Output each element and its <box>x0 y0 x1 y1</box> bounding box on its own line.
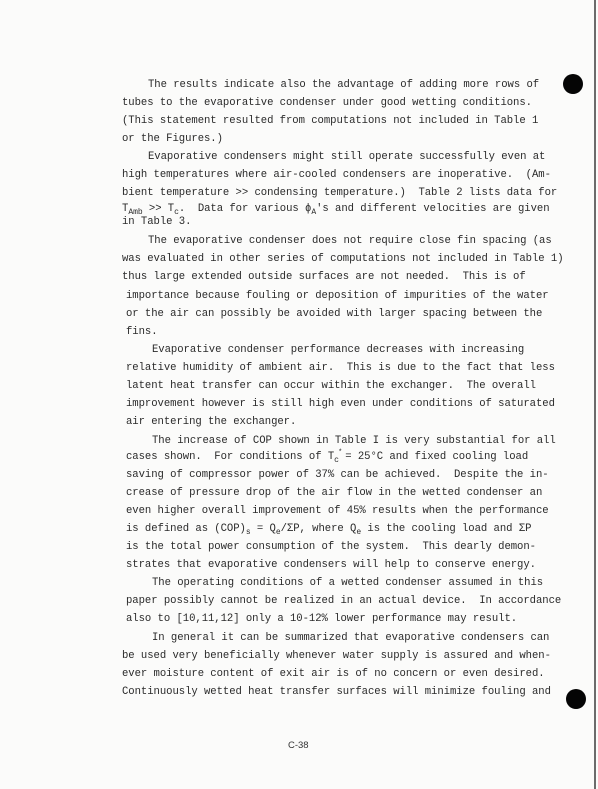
superscript-star: * <box>338 447 342 459</box>
punch-hole-bottom <box>566 689 586 709</box>
text-line: tubes to the evaporative condenser under… <box>122 97 532 109</box>
text: 's and different velocities are given <box>316 203 549 215</box>
text-line: in Table 3. <box>122 216 191 228</box>
text: cases shown. For conditions of T <box>126 451 334 463</box>
text-line: The evaporative condenser does not requi… <box>148 235 552 247</box>
text-line: improvement however is still high even u… <box>126 398 555 410</box>
page-number: C-38 <box>288 740 309 751</box>
text-line: importance because fouling or deposition… <box>126 290 549 302</box>
text-line: In general it can be summarized that eva… <box>152 632 549 644</box>
text-line: paper possibly cannot be realized in an … <box>126 595 561 607</box>
text-line: The increase of COP shown in Table I is … <box>152 435 556 447</box>
text-line: is the total power consumption of the sy… <box>126 541 536 553</box>
text-line: strates that evaporative condensers will… <box>126 559 536 571</box>
text-line-formula: cases shown. For conditions of T*c = 25°… <box>126 451 528 463</box>
text-line: also to [10,11,12] only a 10-12% lower p… <box>126 613 517 625</box>
text-line: saving of compressor power of 37% can be… <box>126 469 549 481</box>
text-line: or the Figures.) <box>122 133 223 145</box>
text-line: be used very beneficially whenever water… <box>122 650 551 662</box>
text-line: The results indicate also the advantage … <box>148 79 539 91</box>
text: = 25°C and fixed cooling load <box>339 451 528 463</box>
text-line: bient temperature >> condensing temperat… <box>122 187 557 199</box>
text-line: was evaluated in other series of computa… <box>122 253 564 265</box>
text-line: latent heat transfer can occur within th… <box>126 380 536 392</box>
text: >> T <box>143 203 175 215</box>
text: = Q <box>251 523 276 535</box>
text: /ΣP, where Q <box>281 523 357 535</box>
text-line: even higher overall improvement of 45% r… <box>126 505 549 517</box>
text-line: relative humidity of ambient air. This i… <box>126 362 555 374</box>
text-line: ever moisture content of exit air is of … <box>122 668 545 680</box>
text: . Data for various ϕ <box>179 203 311 215</box>
text-line: air entering the exchanger. <box>126 416 296 428</box>
text-line: The operating conditions of a wetted con… <box>152 577 543 589</box>
text: is the cooling load and ΣP <box>361 523 531 535</box>
text-line: or the air can possibly be avoided with … <box>126 308 542 320</box>
punch-hole-top <box>563 74 583 94</box>
text-line: (This statement resulted from computatio… <box>122 115 538 127</box>
text-line: Evaporative condensers might still opera… <box>148 151 545 163</box>
text-line: high temperatures where air-cooled conde… <box>122 169 551 181</box>
text: is defined as (COP) <box>126 523 246 535</box>
text-line-formula: TAmb >> Tc. Data for various ϕA's and di… <box>122 203 550 215</box>
page-edge-shadow <box>594 0 596 789</box>
text-line: thus large extended outside surfaces are… <box>122 271 526 283</box>
text-line: crease of pressure drop of the air flow … <box>126 487 542 499</box>
starred-subscript: *c <box>334 451 339 463</box>
text-line: Evaporative condenser performance decrea… <box>152 344 524 356</box>
document-page: The results indicate also the advantage … <box>0 0 598 789</box>
text-line: fins. <box>126 326 158 338</box>
text-line-formula: is defined as (COP)s = Qe/ΣP, where Qe i… <box>126 523 531 535</box>
text-line: Continuously wetted heat transfer surfac… <box>122 686 551 698</box>
